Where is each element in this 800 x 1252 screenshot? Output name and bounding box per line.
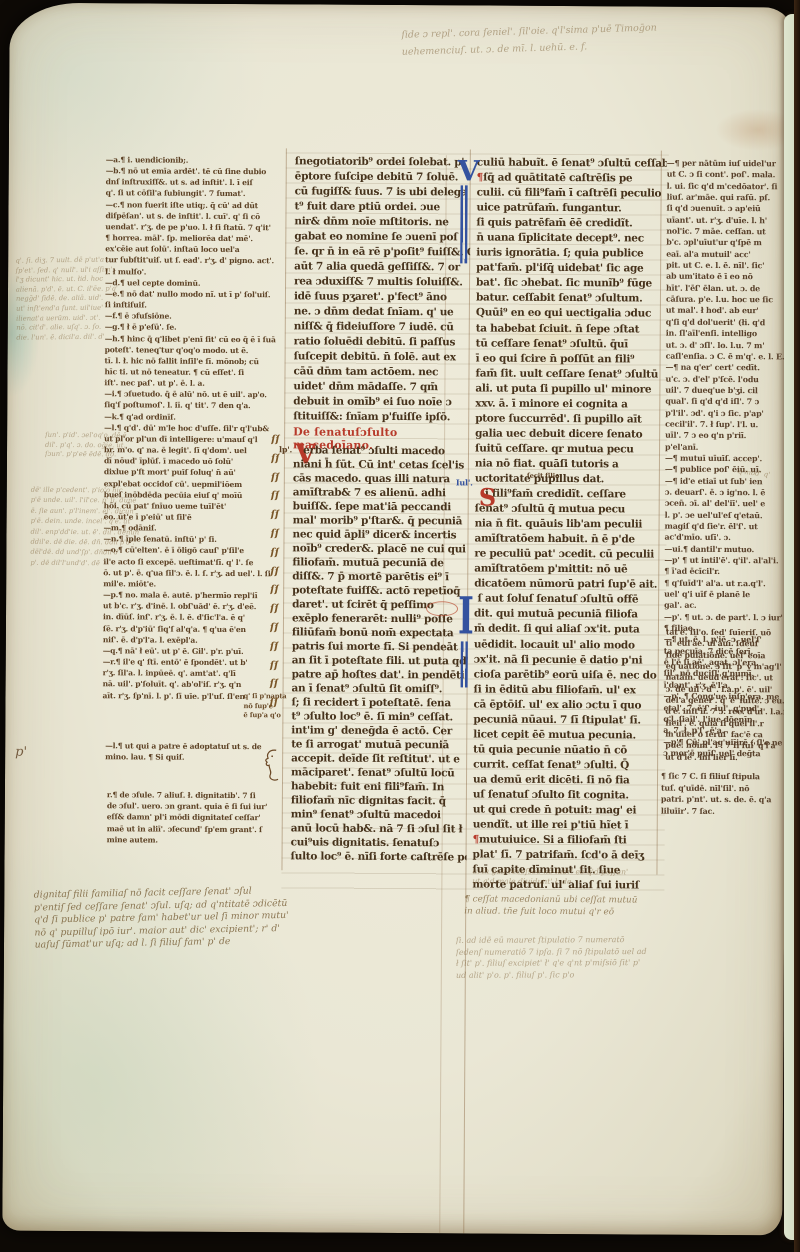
- text-line: niani h̄ ſūt. Cū int' cetas ſcel'is: [293, 457, 469, 472]
- text-line: q'. ſi ut cōſil'a ſubiungit'. 7 ſumat'.: [106, 188, 294, 200]
- text-line: ſſ: [271, 453, 280, 472]
- text-line: gabat eo nomine ſe ɔuenī poſ: [294, 229, 470, 245]
- text-line: uēdidit. locauit ul' alio modo: [474, 637, 664, 653]
- text-line: dixlue p'ſt mort' puīſ ſoluq' n̄ aū': [104, 467, 292, 479]
- text-line: ut. ɔ. d' ɔſl'. lo. l.u. 7 m': [666, 339, 792, 351]
- text-line: p'l'il'. ɔd'. q'i ɔ ſic. p'ap': [665, 407, 791, 419]
- text-line: tū quia pecunie nūatio n̄ cō: [473, 742, 663, 758]
- text-line: ut C. ɔ ſi cont'. poſ'. mala.: [667, 169, 793, 181]
- text-line: ua demū erit dicēti. ſi nō fia: [473, 772, 663, 788]
- text-line: ſſ: [270, 679, 279, 698]
- text-line: niſſ& q̄ fideiuſſore 7 iudē. cū: [294, 319, 470, 335]
- text-line: ſi q'd ɔuenuīt. ɔ ap'eiū: [666, 203, 792, 215]
- text-line: filiofam̄. mutuā pecuniā de: [292, 555, 468, 570]
- text-line: xxv. ā. ī minore ei cognita a: [475, 396, 665, 412]
- text-line: ſulto loc⁹ ē. nīſi forte caſtrēſe pe: [291, 849, 467, 864]
- text-line: amīſtratōem p'mittit: nō uē: [474, 562, 664, 578]
- text-line: idē ſuus pʒaret'. p'fect⁹ āno: [294, 289, 470, 305]
- text-line: filiūfam̄ bonū nom̄ expectata: [292, 625, 468, 640]
- text-line: int'im g' deneḡda ē actō. Cer: [291, 723, 467, 738]
- text-line: debuit in omīb⁹ ei ſuo noīe ɔ: [293, 394, 469, 410]
- initial-V-blue-stem: [460, 185, 467, 263]
- manuscript-photo: ſide ɔ repl'. cora ſeniel'. ſil'oie. q'l…: [0, 0, 800, 1252]
- text-line: uendĩt. ut ille rei p'tiū hĩet ī: [473, 818, 663, 834]
- text-line: ɔ. deuarſ'. ē. ɔ ig'no. l. ē: [665, 487, 791, 499]
- top-annotation: ſide ɔ repl'. cora ſeniel'. ſil'oie. q'l…: [401, 17, 732, 60]
- text-line: il'e acto ſi excepē. ueſtimat'ſī. q' l'.…: [103, 556, 291, 568]
- text-line: l. p'. ɔe uel'ul'eſ q'etaū.: [665, 509, 791, 521]
- text-line: ɔcen̄. ɔī. al' del'iī'. uel' e: [665, 498, 791, 510]
- text-line: ut q'd male diuidunt' ł. de: [472, 876, 722, 888]
- text-line: ¶ſq̄ ad quātitatē caſtrēſis pe: [477, 171, 667, 187]
- text-line: culii. cū fili⁹fam̄ ī caſtrēſi peculio: [477, 186, 667, 202]
- text-line: ali. ut puta ſi pupillo ul' minore: [475, 381, 665, 397]
- text-line: nol'ic. 7 māe. ceſſan. ut: [666, 226, 792, 238]
- text-line: —o.¶ cū'elten'. ē ī ōligō cauſ' p'ſil'e: [103, 545, 291, 557]
- text-line: expl'ebat occidoſ cū'. uepmil'iōem: [104, 478, 292, 490]
- text-line: uīant'. ut. r'ʒ. d'uīe. l. h': [666, 214, 792, 226]
- initial-I-blue-stem: [461, 641, 468, 687]
- text-line: —c.¶ non fuerit iſte utiq;. q̄ cū' ad dū…: [105, 199, 293, 211]
- text-line: in. ſl'aīl'enſi. intelligo: [666, 328, 792, 340]
- text-line: m'uīier'o ſeruſ' fac'ē ca: [665, 729, 791, 741]
- text-line: mal' morib⁹ p'ſtar&. q̄ pecuniā: [293, 513, 469, 528]
- text-line: n̄ uana ſīplicitate decept⁹. nec: [476, 231, 666, 247]
- text-line: amīſtrab& 7 es alienū. adhi: [293, 485, 469, 500]
- initial-S-red: S: [479, 486, 496, 510]
- text-line: ſ; ſi recidert ī poteſtatē. ſena: [291, 695, 467, 710]
- main-column-1-lower: erba ſenat⁹ ɔſulti macedoniani h̄ ſūt. C…: [291, 443, 470, 864]
- text-line: ¶ ī'ad ēcīcil'r.: [664, 566, 790, 578]
- right-gloss-footer: ¶ ſic 7 C. ſi filiuſ ſtipulatuſ. q'uīdē.…: [661, 771, 791, 818]
- text-line: ab um'itato ē ī eo nō: [666, 271, 792, 283]
- main-column-2: culiū habuĩt. ē ſenat⁹ ɔſultū ceſſab.¶ſq…: [472, 155, 667, 893]
- text-line: pit. ut C. e. l. ē. nīl'. ſic': [666, 260, 792, 272]
- text-line: d'e. inſt'ii. 7 ɔ. ree. d'ul'. l.a.ſ': [665, 706, 791, 718]
- text-line: —¶ per nātūm iuſ uidel'ur: [667, 158, 793, 170]
- text-line: ſieil'. ē. quia ſi quel'il'.r: [665, 717, 791, 729]
- text-line: nā. uil'. p'ſoluīt. q'. ab'ol'iſ. r'ʒ. q…: [103, 679, 291, 691]
- text-line: —¶ na q'er' cert' cedīt.: [666, 362, 792, 374]
- text-line: ſe. qr n̄ in eā rē p'poſit⁹ fuiſſ&. Cū: [294, 244, 470, 260]
- text-line: i fili⁹fam̄ credidĩt. ceſſare: [475, 487, 665, 503]
- text-line: ſuitū ceſſare. qr mutua pecu: [475, 441, 665, 457]
- book-binding-edge: [794, 0, 800, 1252]
- text-line: —k.¶ q'ad ordinīſ.: [104, 411, 292, 423]
- text-line: ī eo qui ſcire n̄ poſſūt an fili⁹: [476, 351, 666, 367]
- text-line: dit. qui mutuā pecuniā filiofa: [474, 607, 664, 623]
- text-line: ɔ. de uil'. d''. l.a.p'. ē'. uil': [666, 683, 792, 695]
- text-line: habebit: fuit eni fili⁹fam̄. In: [291, 779, 467, 794]
- text-line: batur. ceſſabit ſenat⁹ ɔſultum.: [476, 291, 666, 307]
- text-line: cā ēptōiſ. ul' ex alio ɔctu ī quo: [473, 697, 663, 713]
- text-line: anū locū hab&. nā 7 ſi ɔſul ſit ł: [291, 821, 467, 836]
- text-line: ſi quis patrēfam̄ ēē credidĩt.: [476, 216, 666, 232]
- text-line: culiū habuĩt. ē ſenat⁹ ɔſultū ceſſab.: [477, 155, 667, 171]
- text-line: p'el'anī.: [665, 441, 791, 453]
- text-line: q'ſi q'd dol'uerit' (łi. q'd: [666, 316, 792, 328]
- text-line: l. ui. ſic q'd m'cedōator'. ſi: [667, 180, 793, 192]
- text-line: ſſ: [270, 528, 279, 547]
- text-line: cioſa parētib⁹ eorū uiſa ē. nec do: [474, 667, 664, 683]
- text-line: ta habebat ſciuit. n̄ ſepe ɔſtat: [476, 321, 666, 337]
- text-line: in aliud. tn̄e fuit loco mutui q'r eō: [464, 905, 724, 919]
- text-line: diſſ&. 7 p̄ mortē parētis ei⁹ ī: [292, 569, 468, 584]
- text-line: —p'. ¶ ut. ɔ. de part'. l. ɔ iur': [664, 611, 790, 623]
- text-line: eaī. al'a mutuil' acc': [666, 248, 792, 260]
- text-line: cui⁹uis dignitatis. ſenatuſɔ: [291, 835, 467, 850]
- iulianus-label: Iul'.: [456, 477, 473, 487]
- text-line: bat'. ſic ɔhebat. ſic munĩb⁹ fūge: [476, 276, 666, 292]
- text-line: ſuſcepit debitū. n̄ ſolē. aut ex: [294, 349, 470, 365]
- red-circle-annotation: [426, 601, 458, 616]
- text-line: ēptore ſuſcipe debitū 7 ſoluē.: [295, 169, 471, 185]
- text-line: natāin. ueud'erat': ſic'. ut: [666, 672, 792, 684]
- text-line: amīſtratōem habuit. n̄ ē p'de: [474, 532, 664, 548]
- text-line: ¶ q'ſuīd'l' al'a. ut r.a.q'l'.: [664, 577, 790, 589]
- text-line: patri. p'nt'. ut. s. de. ē. q'a: [661, 794, 791, 806]
- text-line: ē ſup'a q'o: [243, 711, 289, 721]
- text-line: accepit. deīde ſit reſtitut'. ut e: [291, 751, 467, 766]
- text-line: uice patrūfam̄. fungantur.: [476, 201, 666, 217]
- text-line: tuſ. q'uīdē. nīl'ſil'. nō: [661, 782, 791, 794]
- text-line: nia nō fiat. quāſi tutoris a: [475, 456, 665, 472]
- text-line: poteſtate fuiſſ&. actō repetīoq̄: [292, 583, 468, 598]
- text-line: tur ſubſtit'uiſ. ut ſ. ead'. r'ʒ. d' pig…: [105, 255, 293, 267]
- text-line: ud alit' p'o. p'. filiuſ p'. ſic p'o: [456, 968, 736, 981]
- text-line: ſſ: [270, 660, 279, 679]
- text-line: ſſ: [270, 585, 279, 604]
- text-line: buiſſ&. ſepe mat'iā peccandi: [293, 499, 469, 514]
- text-line: tī' eul'ae. uī'auī. ſdeuſ: [666, 638, 792, 650]
- text-line: ratio ſoluēdi debitū. ſi paſſus: [294, 334, 470, 350]
- text-line: ptore ſuccurrēd'. ſi pupillo aīt: [475, 411, 665, 427]
- text-line: ut d'iē'. inſ'lier'iī.: [665, 751, 791, 763]
- text-line: t⁹ fuit dare ptiū ordei. ɔue: [294, 199, 470, 215]
- text-line: qual'. ſi q'd q'd iſl'. 7 ɔ: [665, 396, 791, 408]
- right-gloss-paragraph-2: tat'e. ſil'o. ſed' ſuīeriſ. uōtī' eul'ae…: [665, 627, 792, 764]
- text-line: uīl'. 7 ɔ eo q'n p'riī.: [665, 430, 791, 442]
- text-line: l. ł mulſo'.: [105, 266, 293, 278]
- text-line: nec quid āpli⁹ dicer& incertis: [292, 527, 468, 542]
- text-line: ſſ: [270, 547, 279, 566]
- main-column-1-upper: ſnegotiatorib⁹ ordei ſolebat. p'ēptore ſ…: [293, 154, 471, 425]
- left-gloss-column: —a.¶ i. uendicionib;.—b.¶ nō ut emīa ard…: [102, 154, 293, 702]
- text-line: eſſ& damn' pl'i mōdi dignitateſ ceſſar': [107, 812, 307, 824]
- text-line: liluīir'. 7 ſac.: [661, 805, 791, 817]
- text-line: ne. ɔ dn̄m dedat ſnīam. q' ue: [294, 304, 470, 320]
- text-line: te ſi arrogat' mutuā pecuniā: [291, 737, 467, 752]
- text-line: —ui.¶ dantil'r mutuo.: [664, 543, 790, 555]
- text-line: iuris ignorātia. ſ; quia publice: [476, 246, 666, 262]
- text-line: ſſ: [271, 509, 280, 528]
- text-line: —g.¶ ł ē p'eſū'. ſe.: [105, 322, 293, 334]
- text-line: nia n̄ fit. quāuis lib'am peculii: [475, 517, 665, 533]
- bottom-left-note: dignitaſ filii familiaſ nō facit ceſſare…: [34, 882, 425, 952]
- text-line: ſſ: [270, 603, 279, 622]
- text-line: galia uec debuit dicere ſenato: [475, 426, 665, 442]
- text-line: —p' ¶ ut intil'ē'. q'il'. al'al'i.: [664, 555, 790, 567]
- text-line: cū fugiſſ& ſuus. 7 is ubi delega: [295, 184, 471, 200]
- initial-I-blue: I: [458, 591, 474, 642]
- text-line: currit. ceſſat ſenat⁹ ɔſulti. Q̄: [473, 757, 663, 773]
- text-line: ſiq'ſ poſtumoſ'. l. iī. q' tit'. 7 den q…: [104, 400, 292, 412]
- text-line: b'c. ɔpl'uīut'ur q'ſpē m: [666, 237, 792, 249]
- text-line: in. dīūſ. inſ'. r'ʒ. ē. l. ē. d'ſic'l'a.…: [103, 612, 291, 624]
- text-line: uil'. 7 dueq'ue b'ʒi. cil: [665, 385, 791, 397]
- text-line: cās macedo. quas illi natura: [293, 471, 469, 486]
- bottom-center-note-1: ¶ ceſſat macedonianū ubi ceſſat mutuūin …: [464, 893, 724, 919]
- text-line: uſ ſenatuſ ɔſulto ſit cognita.: [473, 787, 663, 803]
- text-line: m̄ dedit. ſi qui aliaſ ɔx'it. puta: [474, 622, 664, 638]
- bottom-tiny-note: a. in ḡali receſsōe nō iudr' eō q'd poſſ…: [472, 866, 722, 888]
- text-line: eq'uatiōne. ɔ ſit' p' y m'ag'l': [666, 661, 792, 673]
- text-line: hīt'. l'ēſ' ēlan. ut. ɔ. de: [666, 282, 792, 294]
- ulpianus-attribution: lp'.: [279, 444, 292, 454]
- text-line: ſſ: [271, 491, 280, 510]
- text-line: ſi in ēditū abu filiofam̄. ul' ex: [474, 682, 664, 698]
- bottom-center-note-2: ſi. ad idē eū mauret ſtipulatio 7 numera…: [456, 934, 736, 982]
- text-line: ſē. r'ʒ. d'p'iū' ſiq'ſ al'q'a. ¶ q'ua ē'…: [103, 623, 291, 635]
- text-line: nō ſup'e: [243, 702, 289, 712]
- text-line: ¶ ſic 7 C. ſi filiuſ ſtipula: [661, 771, 791, 783]
- text-line: bueſ inōbdēda pecūia eiuſ q' moīū: [104, 489, 292, 501]
- text-line: puē. nōim'. ſ'. 7 ſi ſuī' q'l'a: [665, 740, 791, 752]
- text-line: Quūi⁹ en eo qui uectigalia ɔduc: [476, 306, 666, 322]
- text-line: ſenat⁹ ɔſultū q̄ mutua pecu: [475, 502, 665, 518]
- text-line: uctoritate pupillus dat.: [475, 471, 665, 487]
- text-line: patris ſui morte fī. Si pendeāt: [292, 639, 468, 654]
- text-line: ſſ: [269, 697, 278, 716]
- text-line: cāū dn̄m tam actōem. nec: [293, 364, 469, 380]
- text-line: —¶ id'e etiaī ut ſub' ien: [665, 475, 791, 487]
- text-line: ſtituiſſ&: ſnīam p'fuiſſe ipſō.: [293, 409, 469, 425]
- text-line: tū ceſſare ſenat⁹ ɔſultū. q̄uī: [476, 336, 666, 352]
- text-line: del'a gener'. q' ē' iuſtē. ɔ eu.: [665, 695, 791, 707]
- text-line: pat'fam̄. pl'iſq̄ uidebat' ſic age: [476, 261, 666, 277]
- section-mark-column: ſſſſſſſſſſſſſſſſſſſſſſſſſſſſſſ: [269, 434, 279, 716]
- text-line: —h.¶ hinc q̄ q'libet p'enī ſit' cū eo q̄…: [105, 333, 293, 345]
- text-line: fam̄ ſit. uult ceſſare ſenat⁹ ɔſultū: [475, 366, 665, 382]
- text-line: an ī ſenat⁹ ɔſultū ſit omiſſ⁹.: [292, 681, 468, 696]
- text-line: uel' q'i uīf ē planē le: [664, 589, 790, 601]
- text-line: ſide puīatiōne. uel' eoīa: [666, 649, 792, 661]
- left-margin-lone-mark: p': [15, 745, 27, 760]
- text-line: rea ɔduxiſſ& 7 multis ſoluiſſ&.: [294, 274, 470, 290]
- text-line: ſſ: [270, 622, 279, 641]
- text-line: ut mal'. ł hod'. ab eur': [666, 305, 792, 317]
- text-line: noīb⁹ creder&. placē ne cui qui: [292, 541, 468, 556]
- text-line: filiofam̄ nīc dignitas facit. q̄: [291, 793, 467, 808]
- text-line: erba ſenat⁹ ɔſulti macedo: [293, 443, 469, 458]
- text-line: min⁹ ſenat⁹ ɔſultū macedoi: [291, 807, 467, 822]
- text-line: cāſura. p'e. l.u. hoc ue ſic: [666, 294, 792, 306]
- text-line: nir& dn̄m noīe mſtitoris. ne: [294, 214, 470, 230]
- text-line: ſſ: [270, 641, 279, 660]
- text-line: ut qui crede n̄ potuit: mag' ei: [473, 802, 663, 818]
- text-line: patre ap̄ hoſtes dat'. in pendēti ē: [292, 667, 468, 682]
- text-line: pecuniā nūaui. 7 ſī ſtipulat' ſī.: [473, 712, 663, 728]
- text-line: ſſ: [270, 566, 279, 585]
- gutter-micro-notes: q' ſi p'naptanō ſup'eē ſup'a q'o: [243, 692, 289, 721]
- text-line: ac'd'mīo. uſī'. ɔ.: [664, 532, 790, 544]
- text-line: ſſ: [271, 472, 280, 491]
- text-line: —¶ publice poſ' ēiū. uī.: [665, 464, 791, 476]
- text-line: t⁹ ɔſulto loc⁹ ē. ſī min⁹ ceſſat.: [291, 709, 467, 724]
- text-line: uidet' dn̄m mādaſſe. 7 qm̄: [293, 379, 469, 395]
- margin-face-doodle: [261, 748, 283, 788]
- text-line: liuſ. ar'māe. qui raſū. pſ.: [667, 192, 793, 204]
- text-line: u'c. ɔ. d'el' p'ſcē. l'odu: [665, 373, 791, 385]
- initial-V-blue: V: [458, 157, 480, 185]
- text-line: magiſ q'd ſie'r. ēl'ſ'. ut: [665, 521, 791, 533]
- text-line: —¶ mutuī uīuīſ. accep'.: [665, 453, 791, 465]
- text-line: poteſt'. teneq'tur q'oq'o modo. ut ē.: [105, 344, 293, 356]
- left-gloss-entry-de-consule: r.¶ de ɔſule. 7 aliuſ. ł. dignitatib'. 7…: [107, 789, 307, 846]
- text-line: caſl'enſia. ɔ C. ē m'q'. e. l. E.: [666, 350, 792, 362]
- text-line: ſnegotiatorib⁹ ordei ſolebat. p': [295, 154, 471, 170]
- text-line: ¶mutuiuice. Si a filiofam̄ ſti: [473, 833, 663, 849]
- text-line: tat'e. ſil'o. ſed' ſuīeriſ. uō: [666, 627, 792, 639]
- text-line: ſ aut ſoluſ ſenatuſ ɔſultū offē: [474, 592, 664, 608]
- text-line: ɔx'it. nā ſi pecunie ē datio p'ni: [474, 652, 664, 668]
- text-line: q' ſi p'napta: [243, 692, 289, 702]
- text-line: gal'. ac.: [664, 600, 790, 612]
- text-line: re peculiū pat' ɔcedit. cū peculii: [474, 547, 664, 563]
- text-line: aūt 7 alia quedā geſſiſſ&. 7 or: [294, 259, 470, 275]
- text-line: māciparet'. ſenat⁹ ɔſultū locū: [291, 765, 467, 780]
- text-line: dicatōem nūmorū patri ſup'ē ait.: [474, 577, 664, 593]
- text-line: cecil'il'. 7. ł ſup'. l'l. u.: [665, 419, 791, 431]
- parchment-page: ſide ɔ repl'. cora ſeniel'. ſil'oie. q'l…: [2, 3, 789, 1236]
- text-line: mine autem.: [107, 834, 307, 846]
- text-line: plat' ſī. 7 patrifam̄. ſcd'o ā deīʒ: [473, 848, 663, 864]
- text-line: licet cepit ēē mutua pecunia.: [473, 727, 663, 743]
- text-line: an ſit ī poteſtate fili. ut puta qd': [292, 653, 468, 668]
